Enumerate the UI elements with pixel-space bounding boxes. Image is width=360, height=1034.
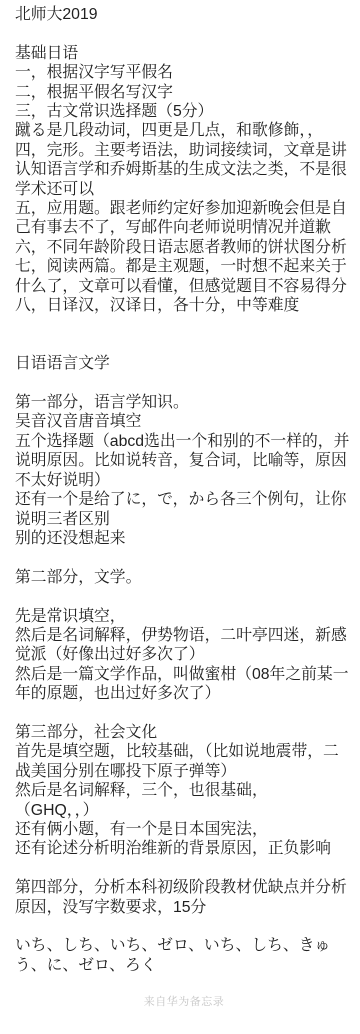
memo-paragraph: 然后是名词解释，伊势物语，二叶亭四迷，新感觉派（好像出过好多次了） bbox=[15, 626, 353, 665]
memo-paragraph: 然后是名词解释，三个，也很基础， bbox=[15, 781, 353, 800]
memo-paragraph: 还有俩小题，有一个是日本国宪法， bbox=[15, 820, 353, 839]
memo-paragraph: いち、しち、いち、ゼロ、いち、しち、きゅう、に、ゼロ、ろく bbox=[15, 936, 353, 975]
memo-paragraph: 第一部分，语言学知识。 bbox=[15, 393, 353, 412]
memo-paragraph: 蹴る是几段动词，四更是几点，和歌修飾，， bbox=[15, 121, 353, 140]
memo-page: 北师大2019 基础日语一，根据汉字写平假名二，根据平假名写汉字三，古文常识选择… bbox=[0, 0, 360, 1034]
memo-paragraph: 五，应用题。跟老师约定好参加迎新晚会但是自己有事去不了，写邮件向老师说明情况并道… bbox=[15, 199, 353, 238]
memo-paragraph: 三，古文常识选择题（5分） bbox=[15, 102, 353, 121]
memo-blank-line bbox=[15, 859, 353, 878]
memo-paragraph: 七，阅读两篇。都是主观题，一时想不起来关于什么了，文章可以看懂，但感觉题目不容易… bbox=[15, 257, 353, 296]
memo-blank-line bbox=[15, 315, 353, 334]
memo-paragraph: 第四部分，分析本科初级阶段教材优缺点并分析原因，没写字数要求，15分 bbox=[15, 878, 353, 917]
memo-screen: { "memo": { "title": "北师大2019", "paragra… bbox=[0, 0, 360, 1034]
memo-paragraph: 五个选择题（abcd选出一个和别的不一样的，并说明原因。比如说转音，复合词，比喻… bbox=[15, 432, 353, 490]
memo-paragraph: 还有论述分析明治维新的背景原因，正负影响 bbox=[15, 839, 353, 858]
memo-watermark: 来自华为备忘录 bbox=[15, 996, 353, 1009]
memo-paragraph: 首先是填空题，比较基础，（比如说地震带，二战美国分别在哪投下原子弹等） bbox=[15, 742, 353, 781]
memo-blank-line bbox=[15, 548, 353, 567]
memo-paragraph: 第三部分，社会文化 bbox=[15, 723, 353, 742]
memo-paragraph: 二，根据平假名写汉字 bbox=[15, 83, 353, 102]
memo-paragraph: 六，不同年龄阶段日语志愿者教师的饼状图分析 bbox=[15, 238, 353, 257]
memo-paragraph: （GHQ，，） bbox=[15, 801, 353, 820]
memo-paragraph: 基础日语 bbox=[15, 44, 353, 63]
memo-paragraph: 四，完形。主要考语法，助词接续词，文章是讲认知语言学和乔姆斯基的生成文法之类，不… bbox=[15, 141, 353, 199]
memo-blank-line bbox=[15, 917, 353, 936]
memo-blank-line bbox=[15, 24, 353, 43]
memo-blank-line bbox=[15, 704, 353, 723]
memo-paragraph: 日语语言文学 bbox=[15, 354, 353, 373]
memo-title: 北师大2019 bbox=[15, 5, 353, 24]
memo-paragraph: 先是常识填空， bbox=[15, 607, 353, 626]
memo-paragraph: 吴音汉音唐音填空 bbox=[15, 412, 353, 431]
memo-body: 基础日语一，根据汉字写平假名二，根据平假名写汉字三，古文常识选择题（5分）蹴る是… bbox=[15, 24, 353, 975]
memo-paragraph: 还有一个是给了に，で，から各三个例句，让你说明三者区别 bbox=[15, 490, 353, 529]
memo-paragraph: 别的还没想起来 bbox=[15, 529, 353, 548]
memo-paragraph: 第二部分，文学。 bbox=[15, 568, 353, 587]
memo-paragraph: 八，日译汉，汉译日，各十分，中等难度 bbox=[15, 296, 353, 315]
memo-blank-line bbox=[15, 587, 353, 606]
memo-paragraph: 然后是一篇文学作品，叫做蜜柑（08年之前某一年的原题，也出过好多次了） bbox=[15, 665, 353, 704]
memo-paragraph: 一，根据汉字写平假名 bbox=[15, 63, 353, 82]
memo-blank-line bbox=[15, 374, 353, 393]
memo-blank-line bbox=[15, 335, 353, 354]
